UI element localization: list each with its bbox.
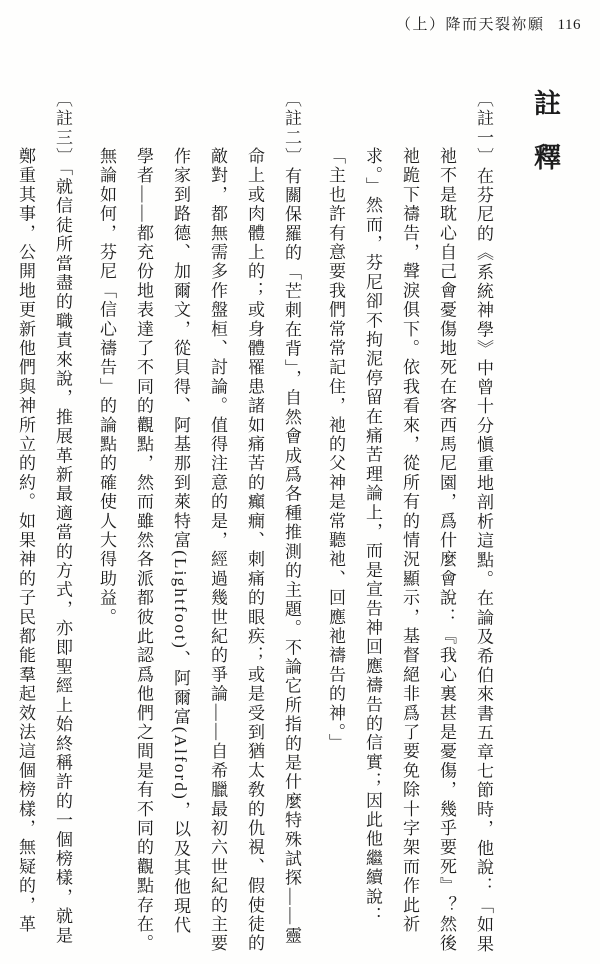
running-header: （上）降而天裂祢願116 xyxy=(396,13,581,34)
note-2-label: 〔註二〕 xyxy=(282,90,301,167)
section-title: 註釋 xyxy=(522,89,568,197)
notes-body: 〔註一〕在芬尼的《系統神學》中曾十分愼重地剖析這點。在論及希伯來書五章七節時，他… xyxy=(0,90,502,954)
note-1: 〔註一〕在芬尼的《系統神學》中曾十分愼重地剖析這點。在論及希伯來書五章七節時，他… xyxy=(317,90,502,954)
page-number: 116 xyxy=(558,17,581,33)
note-3-label: 〔註三〕 xyxy=(53,90,72,167)
note-2: 〔註二〕有關保羅的「芒刺在背」，自然會成爲各種推測的主題。不論它所指的是什麼特殊… xyxy=(88,90,310,954)
note-1-label: 〔註一〕 xyxy=(474,90,493,167)
note-3-text: 「就信徒所當盡的職責來說，推展革新最適當的方式，亦即聖經上始終稱許的一個榜樣，就… xyxy=(16,147,72,946)
note-1-text: 在芬尼的《系統神學》中曾十分愼重地剖析這點。在論及希伯來書五章七節時，他說：「如… xyxy=(326,147,493,954)
book-page: （上）降而天裂祢願116 註釋 〔註一〕在芬尼的《系統神學》中曾十分愼重地剖析這… xyxy=(0,0,600,964)
note-2-text: 有關保羅的「芒刺在背」，自然會成爲各種推測的主題。不論它所指的是什麼特殊試探——… xyxy=(97,147,301,953)
note-3: 〔註三〕「就信徒所當盡的職責來說，推展革新最適當的方式，亦即聖經上始終稱許的一個… xyxy=(7,90,81,954)
running-header-title: （上）降而天裂祢願 xyxy=(396,17,545,33)
